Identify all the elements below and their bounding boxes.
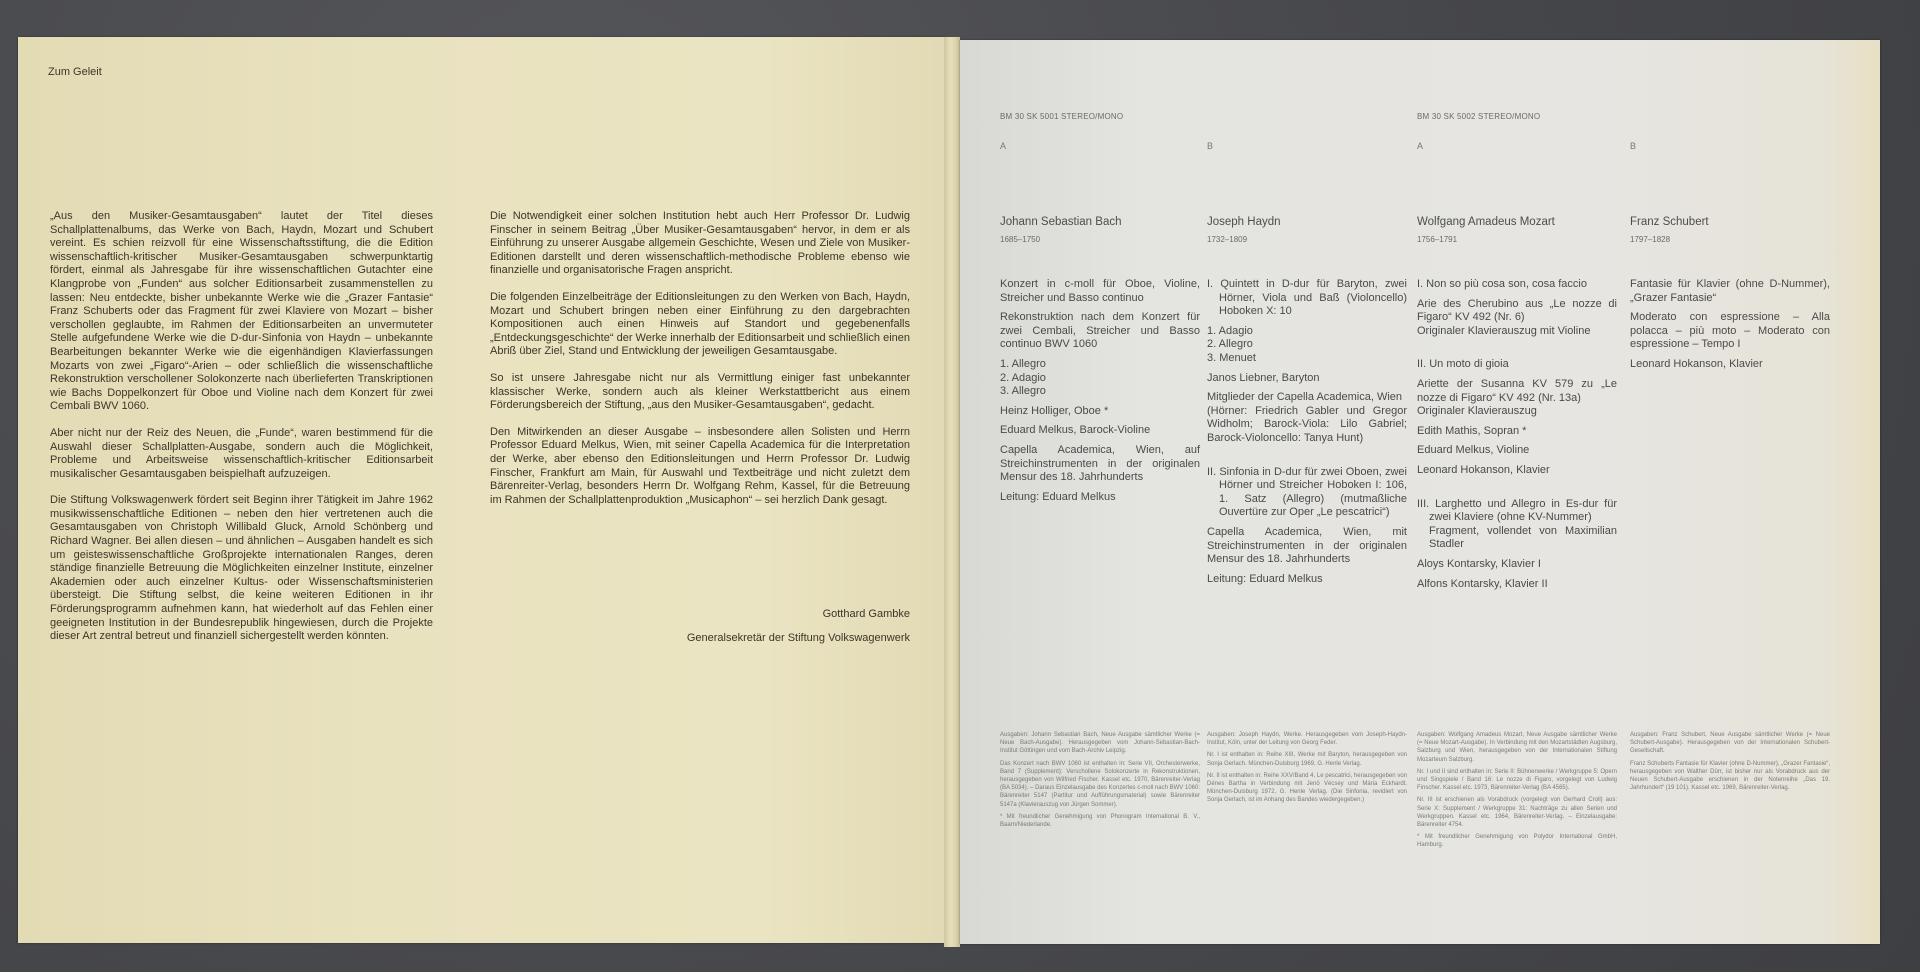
record-side-label: B xyxy=(1207,141,1213,151)
track-info: Eduard Melkus, Barock-Violine xyxy=(1000,424,1200,438)
track-info: I. Non so più cosa son, cosa faccio xyxy=(1417,278,1617,292)
footnote: Nr. I ist enthalten in: Reihe XIII, Werk… xyxy=(1207,751,1407,767)
edition-footnotes: Ausgaben: Franz Schubert, Neue Ausgabe s… xyxy=(1630,731,1830,796)
composer-dates: 1797–1828 xyxy=(1630,235,1670,244)
composer-dates: 1732–1809 xyxy=(1207,235,1247,244)
footnote: Franz Schuberts Fantasie für Klavier (oh… xyxy=(1630,760,1830,793)
track-info: Heinz Holliger, Oboe * xyxy=(1000,405,1200,419)
edition-footnotes: Ausgaben: Joseph Haydn, Werke. Herausgeg… xyxy=(1207,731,1407,809)
footnote: * Mit freundlicher Genehmigung von Phono… xyxy=(1000,813,1200,829)
track-listing: I. Quintett in D-dur für Baryton, zwei H… xyxy=(1207,278,1407,592)
composer-name: Johann Sebastian Bach xyxy=(1000,216,1121,228)
track-info: Janos Liebner, Baryton xyxy=(1207,372,1407,386)
record-side-label: A xyxy=(1417,141,1423,151)
track-info: Leitung: Eduard Melkus xyxy=(1207,573,1407,587)
paragraph: Den Mitwirkenden an dieser Ausgabe – ins… xyxy=(490,426,910,508)
track-info: 1. Adagio 2. Allegro 3. Menuet xyxy=(1207,325,1407,366)
track-info: II. Un moto di gioia xyxy=(1417,358,1617,372)
paragraph: Die Notwendigkeit einer solchen Institut… xyxy=(490,210,910,278)
track-info: Rekonstruktion nach dem Konzert für zwei… xyxy=(1000,311,1200,352)
footnote: Ausgaben: Joseph Haydn, Werke. Herausgeg… xyxy=(1207,731,1407,747)
footnote: Nr. I und II sind enthalten in: Serie II… xyxy=(1417,768,1617,793)
track-listing: Fantasie für Klavier (ohne D-Nummer), „G… xyxy=(1630,278,1830,378)
track-info: Eduard Melkus, Violine xyxy=(1417,444,1617,458)
composer-name: Wolfgang Amadeus Mozart xyxy=(1417,216,1555,228)
track-info: Konzert in c-moll für Oboe, Violine, Str… xyxy=(1000,278,1200,305)
track-info: I. Quintett in D-dur für Baryton, zwei H… xyxy=(1207,278,1407,319)
page-title: Zum Geleit xyxy=(48,66,102,78)
track-info: Leonard Hokanson, Klavier xyxy=(1417,464,1617,478)
record-side-label: A xyxy=(1000,141,1006,151)
paragraph: „Aus den Musiker-Gesamtausgaben“ lautet … xyxy=(50,210,433,414)
signature-name: Gotthard Gambke xyxy=(490,608,910,620)
track-listing: I. Non so più cosa son, cosa faccioArie … xyxy=(1417,278,1617,597)
edition-footnotes: Ausgaben: Wolfgang Amadeus Mozart, Neue … xyxy=(1417,731,1617,854)
track-info: III. Larghetto und Allegro in Es-dur für… xyxy=(1417,498,1617,552)
track-info: Aloys Kontarsky, Klavier I xyxy=(1417,558,1617,572)
track-info: Arie des Cherubino aus „Le nozze di Figa… xyxy=(1417,298,1617,339)
composer-dates: 1756–1791 xyxy=(1417,235,1457,244)
track-info: Edith Mathis, Sopran * xyxy=(1417,425,1617,439)
paragraph: Die folgenden Einzelbeiträge der Edition… xyxy=(490,291,910,359)
edition-footnotes: Ausgaben: Johann Sebastian Bach, Neue Au… xyxy=(1000,731,1200,833)
track-info: 1. Allegro 2. Adagio 3. Allegro xyxy=(1000,358,1200,399)
foreword-column-2: Die Notwendigkeit einer solchen Institut… xyxy=(490,210,910,520)
track-info: Leonard Hokanson, Klavier xyxy=(1630,358,1830,372)
record-side-label: B xyxy=(1630,141,1636,151)
track-info: Fantasie für Klavier (ohne D-Nummer), „G… xyxy=(1630,278,1830,305)
footnote: Nr. III ist erschienen als Vorabdruck (v… xyxy=(1417,796,1617,829)
track-info: Capella Academica, Wien, mit Streichinst… xyxy=(1207,526,1407,567)
composer-name: Franz Schubert xyxy=(1630,216,1709,228)
track-info: Leitung: Eduard Melkus xyxy=(1000,491,1200,505)
footnote: Nr. II ist enthalten in: Reihe XXV/Band … xyxy=(1207,772,1407,805)
track-info: Moderato con espressione – Alla polacca … xyxy=(1630,311,1830,352)
signature-title: Generalsekretär der Stiftung Volkswagenw… xyxy=(490,632,910,644)
footnote: Ausgaben: Johann Sebastian Bach, Neue Au… xyxy=(1000,731,1200,756)
track-info: Mitglieder der Capella Academica, Wien (… xyxy=(1207,391,1407,445)
paragraph: So ist unsere Jahresgabe nicht nur als V… xyxy=(490,372,910,413)
composer-dates: 1685–1750 xyxy=(1000,235,1040,244)
footnote: Ausgaben: Wolfgang Amadeus Mozart, Neue … xyxy=(1417,731,1617,764)
track-info: II. Sinfonia in D-dur für zwei Oboen, zw… xyxy=(1207,466,1407,520)
paragraph: Aber nicht nur der Reiz des Neuen, die „… xyxy=(50,427,433,481)
record-catalog-number: BM 30 SK 5001 STEREO/MONO xyxy=(1000,112,1123,121)
spine-fold xyxy=(944,37,960,947)
track-listing: Konzert in c-moll für Oboe, Violine, Str… xyxy=(1000,278,1200,510)
paragraph: Die Stiftung Volkswagenwerk fördert seit… xyxy=(50,494,433,644)
record-catalog-number: BM 30 SK 5002 STEREO/MONO xyxy=(1417,112,1540,121)
track-info: Ariette der Susanna KV 579 zu „Le nozze … xyxy=(1417,378,1617,419)
footnote: Ausgaben: Franz Schubert, Neue Ausgabe s… xyxy=(1630,731,1830,756)
footnote: Das Konzert nach BWV 1060 ist enthalten … xyxy=(1000,760,1200,809)
foreword-column-1: „Aus den Musiker-Gesamtausgaben“ lautet … xyxy=(50,210,433,657)
track-info: Capella Academica, Wien, auf Streichinst… xyxy=(1000,444,1200,485)
track-info: Alfons Kontarsky, Klavier II xyxy=(1417,578,1617,592)
footnote: * Mit freundlicher Genehmigung von Polyd… xyxy=(1417,833,1617,849)
composer-name: Joseph Haydn xyxy=(1207,216,1281,228)
